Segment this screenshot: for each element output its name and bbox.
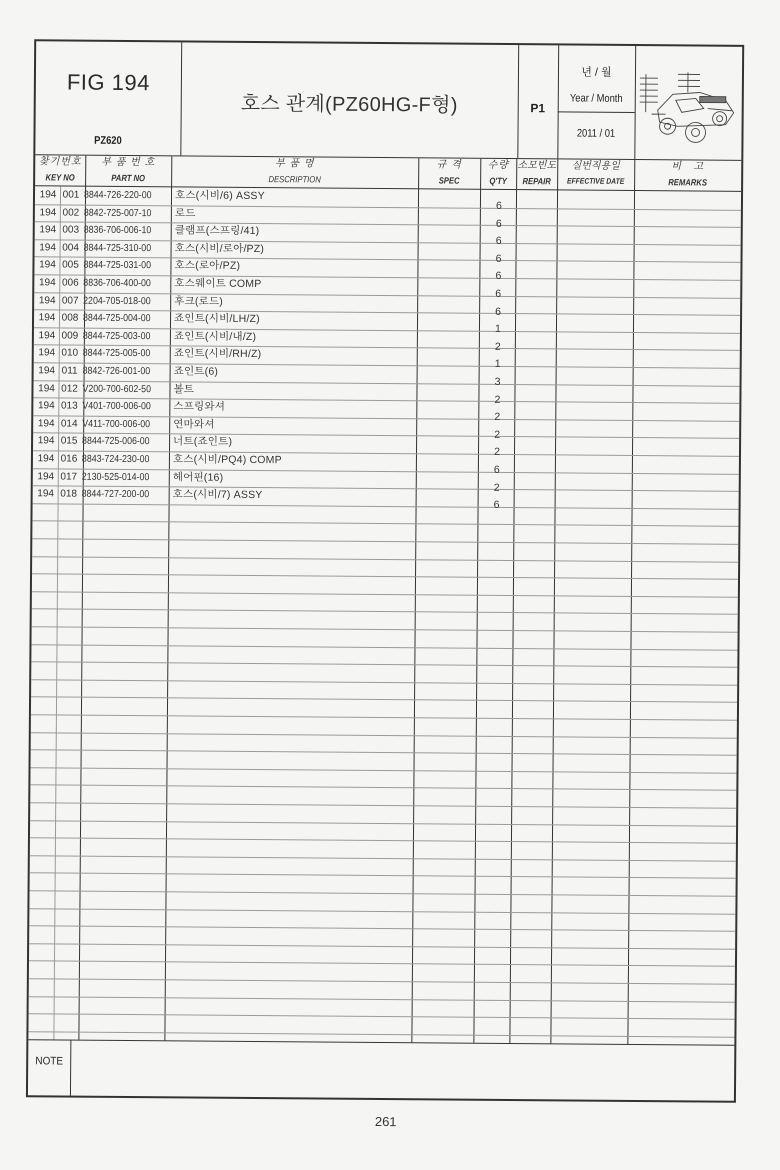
row-rule (32, 609, 738, 616)
row-rule (32, 573, 738, 580)
row-rule (29, 961, 735, 968)
colhead-qty: 수량Q'TY (480, 159, 516, 189)
fig-number-cell: 194 (36, 274, 58, 292)
description-cell: 호스웨이트 COMP (174, 275, 414, 294)
description-cell: 클램프(스프링/41) (175, 223, 415, 242)
key-number-cell: 008 (59, 310, 81, 328)
fig-number-cell: 194 (36, 362, 58, 380)
quantity-cell: 6 (479, 497, 515, 515)
row-rule (30, 890, 736, 897)
note-divider (70, 1040, 71, 1096)
row-rule (31, 697, 737, 704)
key-number-cell: 018 (58, 486, 80, 504)
part-number-cell: 8842-726-001-00 (83, 363, 159, 381)
fig-number-cell: 194 (37, 186, 59, 204)
key-number-cell: 004 (60, 239, 82, 257)
page-number: 261 (0, 1111, 776, 1132)
part-number-cell: 8844-725-004-00 (83, 310, 159, 328)
part-number-cell: 8836-706-400-00 (83, 275, 159, 293)
key-number-cell: 016 (58, 450, 80, 468)
part-number-cell: 8844-726-220-00 (84, 187, 160, 205)
fig-number-cell: 194 (35, 380, 57, 398)
year-month-value: 2011 / 01 (563, 127, 629, 140)
row-rule (30, 820, 736, 827)
part-number-cell: 8844-725-005-00 (83, 345, 159, 363)
part-number-cell: 8844-727-200-00 (82, 486, 158, 504)
row-rule (29, 908, 735, 915)
row-rule (28, 1031, 734, 1038)
description-cell: 죠인트(시비/RH/Z) (174, 346, 414, 365)
fig-number-cell: 194 (35, 415, 57, 433)
row-rule (30, 802, 736, 809)
description-cell: 죠인트(6) (174, 363, 414, 382)
colhead-key-no: 찾기번호KEY NO (35, 155, 85, 185)
row-rule (31, 767, 737, 774)
row-rule (29, 925, 735, 932)
row-rule (30, 785, 736, 792)
colhead-remarks: 비 고REMARKS (634, 160, 741, 191)
fig-number-cell: 194 (36, 309, 58, 327)
description-cell: 호스(시비/7) ASSY (173, 487, 413, 506)
key-number-cell: 010 (59, 345, 81, 363)
parts-table-frame: FIG 194 PZ620 호스 관계(PZ60HG-F형) P1 년 / 월 … (26, 39, 744, 1103)
fig-number-cell: 194 (35, 450, 57, 468)
description-cell: 호스(시비/로아/PZ) (175, 240, 415, 259)
description-cell: 스프링와셔 (173, 399, 413, 418)
row-rule (32, 591, 738, 598)
row-rule (31, 644, 737, 651)
key-number-cell: 007 (59, 292, 81, 310)
fig-number-cell: 194 (37, 204, 59, 222)
figure-number: FIG 194 (36, 69, 181, 96)
colhead-spec: 규 격SPEC (418, 158, 480, 188)
description-cell: 죠인트(시비/LH/Z) (174, 311, 414, 330)
key-number-cell: 006 (59, 274, 81, 292)
description-cell: 너트(죠인트) (173, 434, 413, 453)
row-rule (30, 855, 736, 862)
key-number-cell: 001 (60, 186, 82, 204)
table-grid (36, 41, 742, 47)
part-number-cell: 8842-725-007-10 (84, 204, 160, 222)
page-title: 호스 관계(PZ60HG-F형) (181, 86, 518, 118)
fig-number-cell: 194 (36, 345, 58, 363)
description-cell: 볼트 (173, 381, 413, 400)
model-code: PZ620 (46, 134, 169, 147)
description-cell: 로드 (175, 205, 415, 224)
part-number-cell: 8844-725-003-00 (83, 327, 159, 345)
rice-transplanter-illustration-icon (637, 52, 738, 153)
key-number-cell: 015 (58, 433, 80, 451)
description-cell: 후크(로드) (174, 293, 414, 312)
description-cell: 죠인트(시비/내/Z) (174, 328, 414, 347)
colhead-description: 부 품 명DESCRIPTION (171, 156, 418, 188)
description-cell: 헤어핀(16) (173, 469, 413, 488)
part-number-cell: 8836-706-006-10 (84, 222, 160, 240)
part-number-cell: 8844-725-031-00 (83, 257, 159, 275)
colhead-part-no: 부 품 번 호PART NO (85, 156, 171, 187)
description-cell: 호스(시비/6) ASSY (175, 187, 415, 206)
part-number-cell: 8843-724-230-00 (82, 451, 158, 469)
part-number-cell: V200-700-602-50 (82, 380, 158, 398)
key-number-cell: 017 (58, 468, 80, 486)
note-label: NOTE (30, 1055, 68, 1067)
fig-number-cell: 194 (37, 239, 59, 257)
key-number-cell: 002 (60, 204, 82, 222)
row-rule (29, 978, 735, 985)
fig-number-cell: 194 (35, 468, 57, 486)
year-month-label-kr: 년 / 월 (558, 63, 635, 80)
row-rule (29, 996, 735, 1003)
part-number-cell: V401-700-006-00 (82, 398, 158, 416)
part-number-cell: 8844-725-310-00 (84, 239, 160, 257)
part-number-cell: 2204-705-018-00 (83, 292, 159, 310)
row-rule (32, 626, 738, 633)
key-number-cell: 005 (59, 257, 81, 275)
row-rule (31, 732, 737, 739)
description-cell: 호스(시비/PQ4) COMP (173, 451, 413, 470)
fig-number-cell: 194 (36, 292, 58, 310)
part-number-cell: V411-700-006-00 (82, 415, 158, 433)
row-rule (30, 837, 736, 844)
header-divider (634, 46, 636, 159)
year-month-divider (558, 111, 635, 113)
fig-number-cell: 194 (35, 433, 57, 451)
row-rule (31, 749, 737, 756)
parts-catalog-page: FIG 194 PZ620 호스 관계(PZ60HG-F형) P1 년 / 월 … (0, 0, 780, 1170)
row-rule (31, 714, 737, 721)
row-rule (29, 943, 735, 950)
row-rule (32, 521, 738, 528)
key-number-cell: 003 (60, 222, 82, 240)
row-rule (32, 538, 738, 545)
key-number-cell: 009 (59, 327, 81, 345)
key-number-cell: 012 (58, 380, 80, 398)
key-number-cell: 014 (58, 415, 80, 433)
row-rule (31, 679, 737, 686)
description-cell: 호스(로아/PZ) (174, 258, 414, 277)
description-cell: 연마와셔 (173, 416, 413, 435)
fig-number-cell: 194 (36, 327, 58, 345)
parts-table-body: 1940018844-726-220-00호스(시비/6) ASSY619400… (36, 41, 742, 47)
fig-number-cell: 194 (36, 257, 58, 275)
key-number-cell: 013 (58, 398, 80, 416)
note-top-rule (28, 1039, 734, 1046)
part-number-cell: 2130-525-014-00 (82, 468, 158, 486)
row-rule (29, 1013, 735, 1020)
fig-number-cell: 194 (37, 221, 59, 239)
colhead-repair: 소모빈도REPAIR (516, 159, 557, 189)
row-rule (32, 556, 738, 563)
colhead-effective-date: 실번직용일EFFECTIVE DATE (557, 159, 634, 190)
fig-number-cell: 194 (35, 397, 57, 415)
year-month-label-en: Year / Month (564, 92, 630, 105)
part-number-cell: 8844-725-006-00 (82, 433, 158, 451)
page-code: P1 (518, 101, 558, 115)
row-rule (30, 873, 736, 880)
row-rule (31, 661, 737, 668)
key-number-cell: 011 (59, 362, 81, 380)
fig-number-cell: 194 (35, 485, 57, 503)
